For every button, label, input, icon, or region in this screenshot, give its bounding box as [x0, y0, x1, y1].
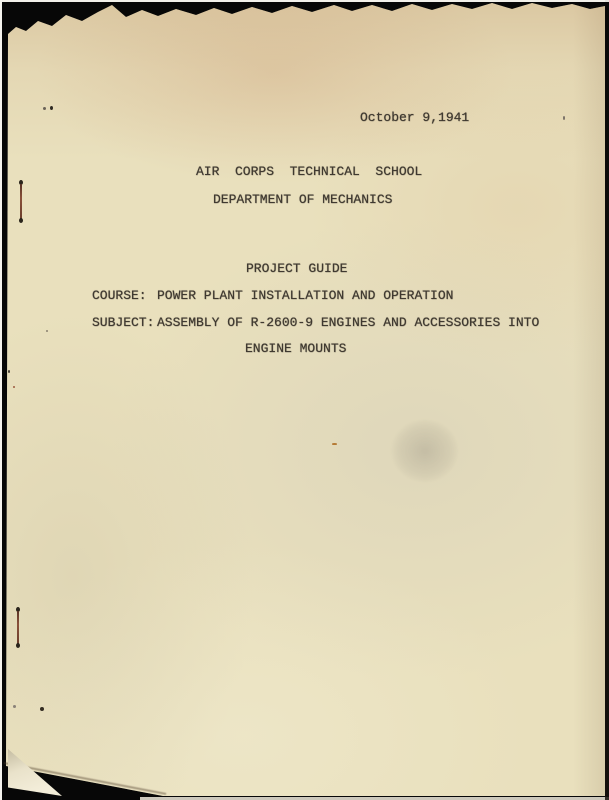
staple-mark-bottom: [15, 607, 21, 649]
course-value: POWER PLANT INSTALLATION AND OPERATION: [157, 289, 453, 303]
paper-speck: [50, 106, 53, 110]
subject-value: ASSEMBLY OF R-2600-9 ENGINES AND ACCESSO…: [157, 316, 539, 330]
scan-backdrop: October 9,1941 AIR CORPS TECHNICAL SCHOO…: [0, 0, 609, 800]
paper-speck: [13, 386, 15, 388]
paper-speck: [8, 370, 10, 373]
paper-speck: [563, 116, 565, 120]
paper-speck: [13, 705, 16, 708]
staple-hole-icon: [19, 218, 23, 223]
project-guide-title: PROJECT GUIDE: [246, 262, 347, 276]
staple-hole-icon: [16, 643, 20, 648]
paper-speck: [40, 707, 44, 711]
scanner-edge-top: [0, 0, 609, 2]
paper-speck: [43, 107, 46, 110]
course-label: COURSE:: [92, 289, 147, 303]
stain-smudge: [392, 420, 458, 482]
department-name: DEPARTMENT OF MECHANICS: [213, 193, 392, 207]
staple-rust-line: [20, 184, 22, 219]
scanner-edge-left: [0, 0, 2, 800]
paper-speck: [46, 330, 48, 332]
subject-label: SUBJECT:: [92, 316, 154, 330]
school-name: AIR CORPS TECHNICAL SCHOOL: [196, 165, 422, 179]
staple-mark-top: [18, 180, 24, 224]
paper-speck: [332, 443, 337, 445]
subject-value-continued: ENGINE MOUNTS: [245, 342, 346, 356]
staple-rust-line: [17, 611, 19, 644]
scan-edge-right: [605, 0, 609, 800]
date-text: October 9,1941: [360, 111, 469, 125]
document-page: October 9,1941 AIR CORPS TECHNICAL SCHOO…: [0, 0, 609, 800]
